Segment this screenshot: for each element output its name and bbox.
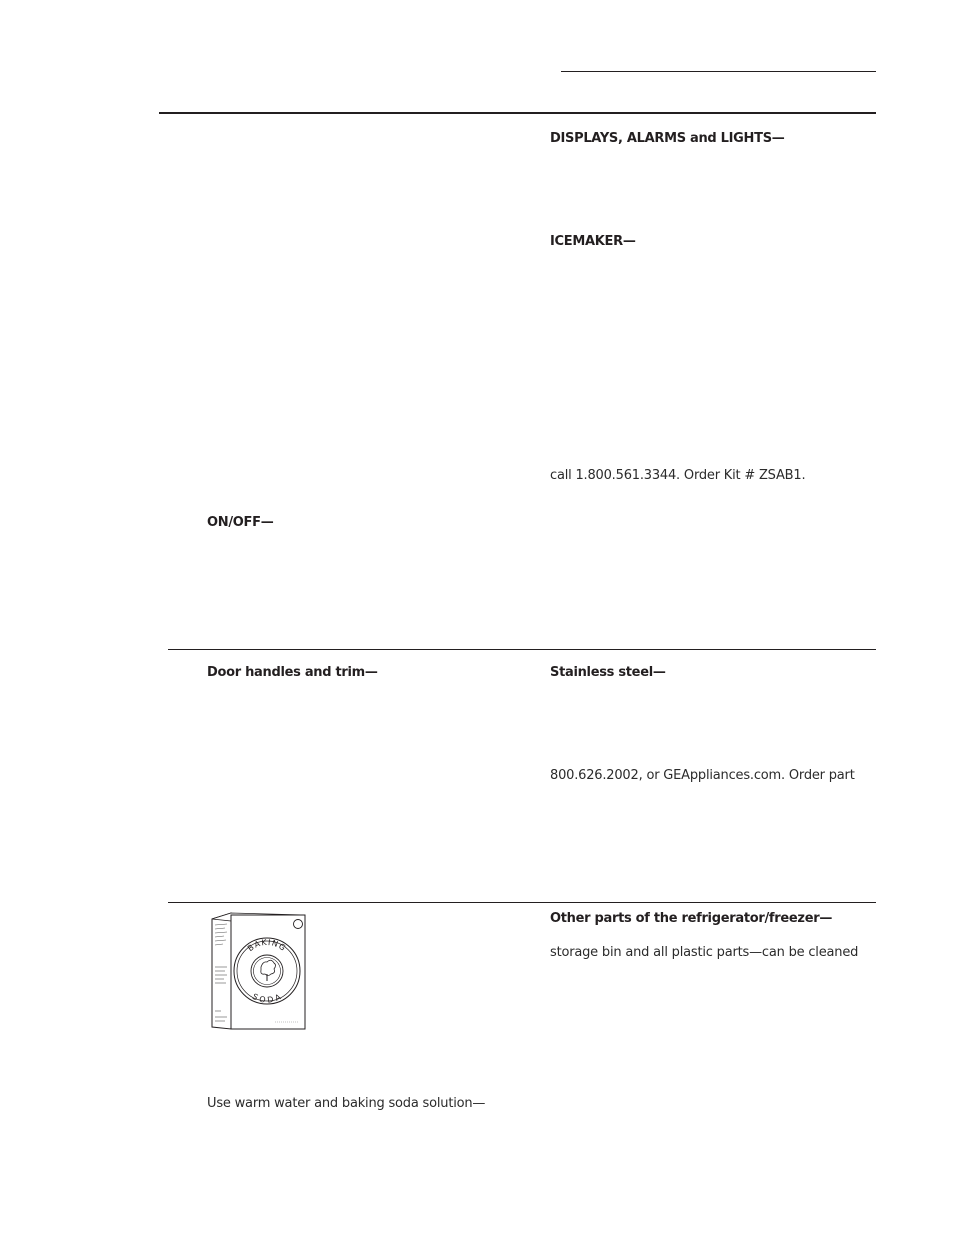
baking-soda-solution-text: Use warm water and baking soda solution— (207, 1096, 485, 1112)
section-divider-inside (168, 902, 876, 903)
door-handles-heading: Door handles and trim— (207, 665, 378, 681)
section-divider-outside (168, 649, 876, 650)
on-off-heading: ON/OFF— (207, 515, 273, 531)
other-parts-text: storage bin and all plastic parts—can be… (550, 945, 858, 961)
baking-soda-box-icon: BAKING SODA (209, 911, 307, 1031)
header-rule-thin (561, 71, 876, 72)
icemaker-heading: ICEMAKER— (550, 234, 636, 250)
displays-alarms-lights-heading: DISPLAYS, ALARMS and LIGHTS— (550, 131, 784, 147)
stainless-order-text: 800.626.2002, or GEAppliances.com. Order… (550, 768, 855, 784)
icemaker-kit-text: call 1.800.561.3344. Order Kit # ZSAB1. (550, 468, 805, 484)
header-rule-thick (159, 112, 876, 114)
other-parts-heading: Other parts of the refrigerator/freezer— (550, 911, 832, 927)
stainless-steel-heading: Stainless steel— (550, 665, 666, 681)
